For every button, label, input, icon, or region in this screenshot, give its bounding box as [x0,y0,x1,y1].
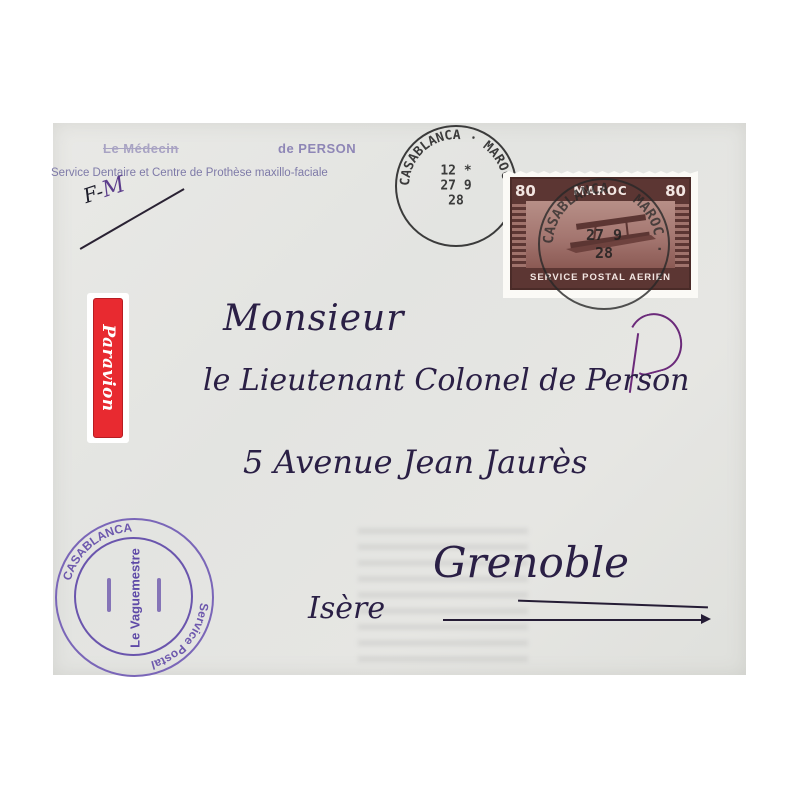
address-line-salutation: Monsieur [223,298,404,339]
address-line-department: Isère [308,591,385,626]
envelope: Le Médecin de PERSON Service Dentaire et… [53,123,746,675]
sender-title: Le Médecin [103,141,179,156]
postmark-left-date: 12 * 27 9 28 [440,164,471,209]
stamp-value-right: 80 [665,182,686,200]
seal-mark [157,578,161,612]
postmark-left: CASABLANCA · MAROC · 12 * 27 9 28 [395,125,517,247]
postmark-date-line: 27 9 [440,179,471,194]
address-line-name: le Lieutenant Colonel de Person [203,363,690,398]
sender-stamp-line1: Le Médecin de PERSON [103,141,179,156]
arrow-right-icon [701,614,711,624]
sender-name: de PERSON [278,141,356,156]
postmark-stamp-date: 27 9 28 [586,226,622,262]
postmark-on-stamp: CASABLANCA · MAROC · 27 9 28 [538,178,670,310]
airmail-label: Paravion [87,293,129,443]
airmail-label-background: Paravion [93,298,123,438]
city-underline [518,600,708,608]
postmark-date-line: 27 9 [586,226,622,244]
postmark-date-line: 12 * [440,164,471,179]
airmail-label-text: Paravion [98,324,118,411]
address-line-street: 5 Avenue Jean Jaurès [243,443,587,481]
censor-seal: CASABLANCA Service Postal Le Vaguemestre [55,518,214,677]
stamp-border-left [512,201,526,268]
seal-mark [107,578,111,612]
arrow-line [443,619,703,621]
censor-seal-center-text: Le Vaguemestre [127,548,142,648]
postmark-date-line: 28 [440,194,471,209]
address-line-city: Grenoble [433,538,629,587]
postmark-date-line: 28 [586,244,622,262]
stamp-border-right [675,201,689,268]
stamp-value-left: 80 [515,182,536,200]
